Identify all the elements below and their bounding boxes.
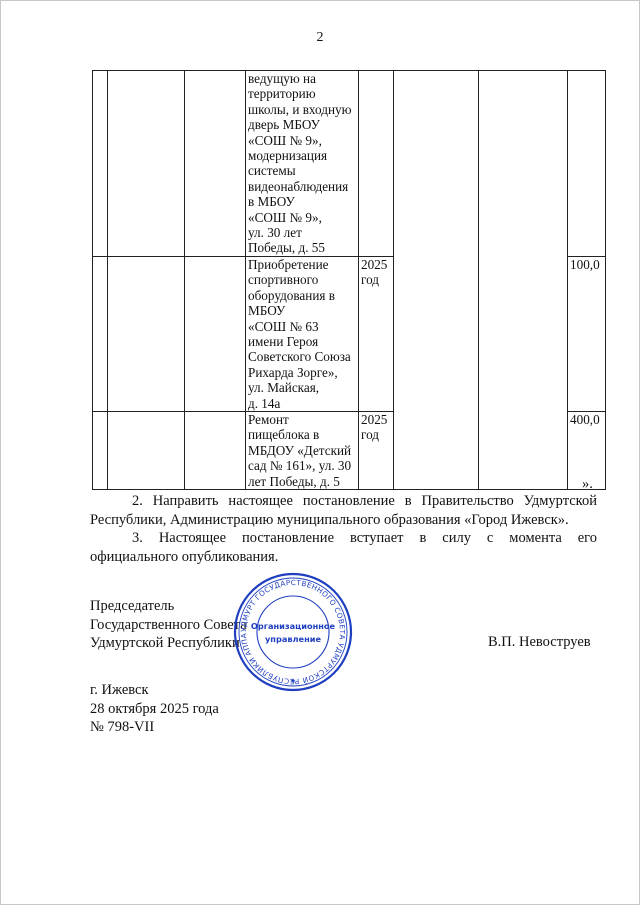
page-number: 2 [0, 30, 640, 46]
closing-quote: ». [582, 476, 593, 493]
document-number: № 798-VII [90, 718, 219, 737]
table-cell [394, 71, 479, 490]
signatory-name: В.П. Невоструев [488, 634, 591, 651]
table-cell [108, 256, 185, 411]
table-cell [479, 71, 568, 490]
document-date: 28 октября 2025 года [90, 700, 219, 719]
table-cell [93, 256, 108, 411]
stamp-center-line-1: Организационное [251, 621, 336, 631]
row-year [359, 71, 394, 257]
star-icon: ★ [290, 677, 296, 685]
document-footer: г. Ижевск 28 октября 2025 года № 798-VII [90, 681, 219, 737]
table-cell [185, 256, 246, 411]
signatory-title: Председатель Государственного Совета Удм… [90, 597, 247, 653]
paragraph-3-line-1: 3. Настоящее постановление вступает в си… [132, 530, 597, 546]
table-cell [185, 411, 246, 489]
city: г. Ижевск [90, 681, 219, 700]
row-amount [568, 71, 606, 257]
table-row: ведущую на территорию школы, и входную д… [93, 71, 606, 257]
row-amount: 100,0 [568, 256, 606, 411]
paragraph-2-line-1: 2. Направить настоящее постановление в П… [132, 493, 597, 509]
budget-table: ведущую на территорию школы, и входную д… [92, 70, 606, 490]
table-cell [185, 71, 246, 257]
stamp-center-line-2: управление [265, 634, 322, 644]
paragraph-3: 3. Настоящее постановление вступает в си… [90, 529, 597, 566]
table-cell [93, 411, 108, 489]
table-cell [93, 71, 108, 257]
paragraph-3-line-2: официального опубликования. [90, 548, 597, 567]
official-stamp: УДМУРТ ГОСУДАРСТВЕННОГО СОВЕТА УДМУРТСКО… [233, 572, 353, 692]
table-cell [108, 411, 185, 489]
paragraph-2: 2. Направить настоящее постановление в П… [90, 492, 597, 529]
row-year: 2025 год [359, 256, 394, 411]
row-description: Ремонт пищеблока в МБДОУ «Детский сад № … [246, 411, 359, 489]
row-year: 2025 год [359, 411, 394, 489]
row-description: Приобретение спортивного оборудования в … [246, 256, 359, 411]
paragraph-2-line-2: Республики, Администрацию муниципального… [90, 511, 597, 530]
row-description: ведущую на территорию школы, и входную д… [246, 71, 359, 257]
table-cell [108, 71, 185, 257]
